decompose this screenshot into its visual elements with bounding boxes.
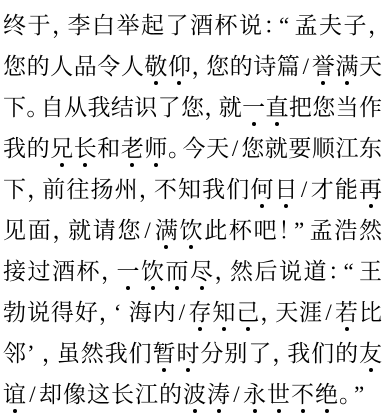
char: 我 — [287, 339, 310, 369]
char: ， — [260, 298, 274, 328]
text-line: 我的兄长和老师。今天/您就要顺江东 — [3, 128, 382, 169]
char: ‘ — [114, 298, 128, 328]
char: 作 — [359, 93, 382, 123]
char: 知 — [178, 175, 201, 205]
char: 。 — [26, 93, 40, 123]
char: 前 — [42, 175, 65, 205]
char: 了 — [166, 11, 189, 41]
char: ， — [272, 339, 286, 369]
char: 的 — [159, 380, 182, 410]
emphasized-char: 日 — [275, 175, 298, 205]
emphasized-char: 满 — [155, 216, 178, 246]
char: 您 — [206, 52, 229, 82]
char: 把 — [289, 93, 312, 123]
char: 的 — [335, 339, 358, 369]
char: 人 — [121, 52, 144, 82]
char: 今 — [183, 134, 206, 164]
char: 从 — [64, 93, 87, 123]
emphasized-char: 一 — [117, 257, 140, 287]
char: 能 — [335, 175, 358, 205]
char: 就 — [219, 93, 242, 123]
char: 然 — [359, 216, 382, 246]
pause-slash: / — [300, 52, 311, 82]
char: 诗 — [253, 52, 276, 82]
text-line: 接过酒杯，一饮而尽，然后说道：“王 — [3, 251, 382, 292]
char: 当 — [336, 93, 359, 123]
char: 吧 — [254, 216, 277, 246]
char: 后 — [255, 257, 278, 287]
emphasized-char: 誉 — [312, 52, 335, 82]
text-line: 邻’，虽然我们暂时分别了，我们的友 — [3, 333, 382, 374]
emphasized-char: 何 — [250, 175, 273, 205]
emphasized-char: 老 — [121, 134, 144, 164]
char: 像 — [63, 380, 86, 410]
page: { "document": { "background": "#ffffff",… — [0, 0, 385, 419]
pause-slash: / — [27, 380, 38, 410]
char: ！ — [278, 216, 292, 246]
char: 海 — [129, 298, 152, 328]
char: 了 — [158, 93, 181, 123]
char: 往 — [66, 175, 89, 205]
char: 和 — [97, 134, 120, 164]
text-line: 勃说得好，‘海内/存知己，天涯/若比 — [3, 292, 382, 333]
char: 人 — [50, 52, 73, 82]
char: ， — [215, 257, 229, 287]
emphasized-char: 知 — [212, 298, 235, 328]
char: ， — [204, 93, 218, 123]
emphasized-char: 仰 — [168, 52, 191, 82]
emphasized-char: 波 — [183, 380, 206, 410]
char: 我 — [3, 134, 26, 164]
char: ： — [264, 11, 278, 41]
char: 子 — [344, 11, 367, 41]
emphasized-char: 敬 — [144, 52, 167, 82]
char: 的 — [27, 134, 50, 164]
char: 好 — [75, 298, 98, 328]
char: 下 — [3, 93, 26, 123]
emphasized-char: 而 — [166, 257, 189, 287]
char: 顺 — [312, 134, 335, 164]
char: 州 — [115, 175, 138, 205]
char: 接 — [3, 257, 26, 287]
char: ， — [27, 175, 41, 205]
char: “ — [279, 11, 293, 41]
char: 说 — [279, 257, 302, 287]
emphasized-char: 饮 — [180, 216, 203, 246]
char: ， — [52, 216, 66, 246]
char: 篇 — [277, 52, 300, 82]
char: 了 — [248, 339, 271, 369]
char: ， — [42, 339, 56, 369]
char: 分 — [200, 339, 223, 369]
emphasized-char: 存 — [188, 298, 211, 328]
char: 涯 — [299, 298, 322, 328]
char: 们 — [129, 339, 152, 369]
char: ， — [99, 298, 113, 328]
char: 见 — [3, 216, 26, 246]
char: ” — [354, 380, 368, 410]
char: ， — [101, 257, 115, 287]
char: 于 — [28, 11, 51, 41]
char: 内 — [153, 298, 176, 328]
char: 的 — [27, 52, 50, 82]
char: 却 — [39, 380, 62, 410]
text-line: 下。自从我结识了您，就一直把您当作 — [3, 87, 382, 128]
char: 。 — [339, 380, 353, 410]
char: 江 — [135, 380, 158, 410]
char: 您 — [117, 216, 140, 246]
pause-slash: / — [177, 298, 188, 328]
emphasized-char: 己 — [236, 298, 259, 328]
char: 勃 — [3, 298, 26, 328]
char: 您 — [312, 93, 335, 123]
char: 我 — [105, 339, 128, 369]
char: 。 — [168, 134, 182, 164]
char: 杯 — [77, 257, 100, 287]
char: 比 — [359, 298, 382, 328]
char: 这 — [87, 380, 110, 410]
emphasized-char: 尽 — [190, 257, 213, 287]
emphasized-char: 涛 — [207, 380, 230, 410]
char: 的 — [230, 52, 253, 82]
emphasized-char: 一 — [242, 93, 265, 123]
emphasized-char: 谊 — [3, 380, 26, 410]
emphasized-char: 再 — [359, 175, 382, 205]
char: 得 — [51, 298, 74, 328]
char: ， — [368, 11, 382, 41]
char: 邻 — [3, 339, 26, 369]
char: 要 — [288, 134, 311, 164]
emphasized-char: 绝 — [315, 380, 338, 410]
char: 您 — [3, 52, 26, 82]
char: 孟 — [310, 216, 333, 246]
text-line: 终于，李白举起了酒杯说：“孟夫子， — [3, 5, 382, 46]
char: 扬 — [91, 175, 114, 205]
emphasized-char: 长 — [74, 134, 97, 164]
pause-slash: / — [230, 134, 241, 164]
char: 道 — [304, 257, 327, 287]
char: 面 — [28, 216, 51, 246]
char: 天 — [275, 298, 298, 328]
char: 就 — [68, 216, 91, 246]
char: ， — [52, 11, 66, 41]
char: 江 — [335, 134, 358, 164]
char: 说 — [239, 11, 262, 41]
text-line: 见面，就请您/满饮此杯吧！”孟浩然 — [3, 210, 382, 251]
char: 您 — [241, 134, 264, 164]
char: 就 — [265, 134, 288, 164]
char: 然 — [230, 257, 253, 287]
char: ” — [294, 216, 308, 246]
char: 举 — [117, 11, 140, 41]
emphasized-char: 友 — [359, 339, 382, 369]
char: 过 — [28, 257, 51, 287]
text-line: 谊/却像这长江的波涛/永世不绝。” — [3, 374, 382, 415]
char: 们 — [311, 339, 334, 369]
char: “ — [344, 257, 358, 287]
lesson-paragraph: 终于，李白举起了酒杯说：“孟夫子，您的人品令人敬仰，您的诗篇/誉满天下。自从我结… — [0, 0, 385, 415]
char: 杯 — [229, 216, 252, 246]
char: 令 — [97, 52, 120, 82]
char: 此 — [204, 216, 227, 246]
char: ， — [139, 175, 153, 205]
pause-slash: / — [142, 216, 153, 246]
char: 请 — [93, 216, 116, 246]
char: 孟 — [295, 11, 318, 41]
char: 天 — [206, 134, 229, 164]
char: 识 — [134, 93, 157, 123]
emphasized-char: 满 — [335, 52, 358, 82]
emphasized-char: 若 — [335, 298, 358, 328]
char: 东 — [359, 134, 382, 164]
pause-slash: / — [299, 175, 310, 205]
emphasized-char: 不 — [291, 380, 314, 410]
char: 夫 — [319, 11, 342, 41]
char: 们 — [226, 175, 249, 205]
char: 酒 — [190, 11, 213, 41]
char: 品 — [74, 52, 97, 82]
char: 终 — [3, 11, 26, 41]
char: 自 — [41, 93, 64, 123]
char: 白 — [92, 11, 115, 41]
char: 天 — [359, 52, 382, 82]
char: ’ — [27, 339, 41, 369]
emphasized-char: 永 — [243, 380, 266, 410]
char: ： — [328, 257, 342, 287]
emphasized-char: 饮 — [141, 257, 164, 287]
char: 别 — [224, 339, 247, 369]
char: 酒 — [52, 257, 75, 287]
char: 杯 — [215, 11, 238, 41]
char: 我 — [202, 175, 225, 205]
char: 我 — [88, 93, 111, 123]
char: 起 — [141, 11, 164, 41]
text-line: 您的人品令人敬仰，您的诗篇/誉满天 — [3, 46, 382, 87]
char: 才 — [311, 175, 334, 205]
char: 结 — [111, 93, 134, 123]
char: 长 — [111, 380, 134, 410]
char: ， — [192, 52, 206, 82]
emphasized-char: 师 — [144, 134, 167, 164]
emphasized-char: 兄 — [50, 134, 73, 164]
text-line: 下，前往扬州，不知我们何日/才能再 — [3, 169, 382, 210]
char: 王 — [359, 257, 382, 287]
char: 不 — [154, 175, 177, 205]
char: 李 — [68, 11, 91, 41]
emphasized-char: 直 — [266, 93, 289, 123]
emphasized-char: 时 — [177, 339, 200, 369]
char: 您 — [181, 93, 204, 123]
char: 说 — [27, 298, 50, 328]
emphasized-char: 世 — [267, 380, 290, 410]
emphasized-char: 暂 — [153, 339, 176, 369]
char: 浩 — [334, 216, 357, 246]
pause-slash: / — [323, 298, 334, 328]
pause-slash: / — [231, 380, 242, 410]
char: 然 — [81, 339, 104, 369]
char: 虽 — [57, 339, 80, 369]
char: 下 — [3, 175, 26, 205]
